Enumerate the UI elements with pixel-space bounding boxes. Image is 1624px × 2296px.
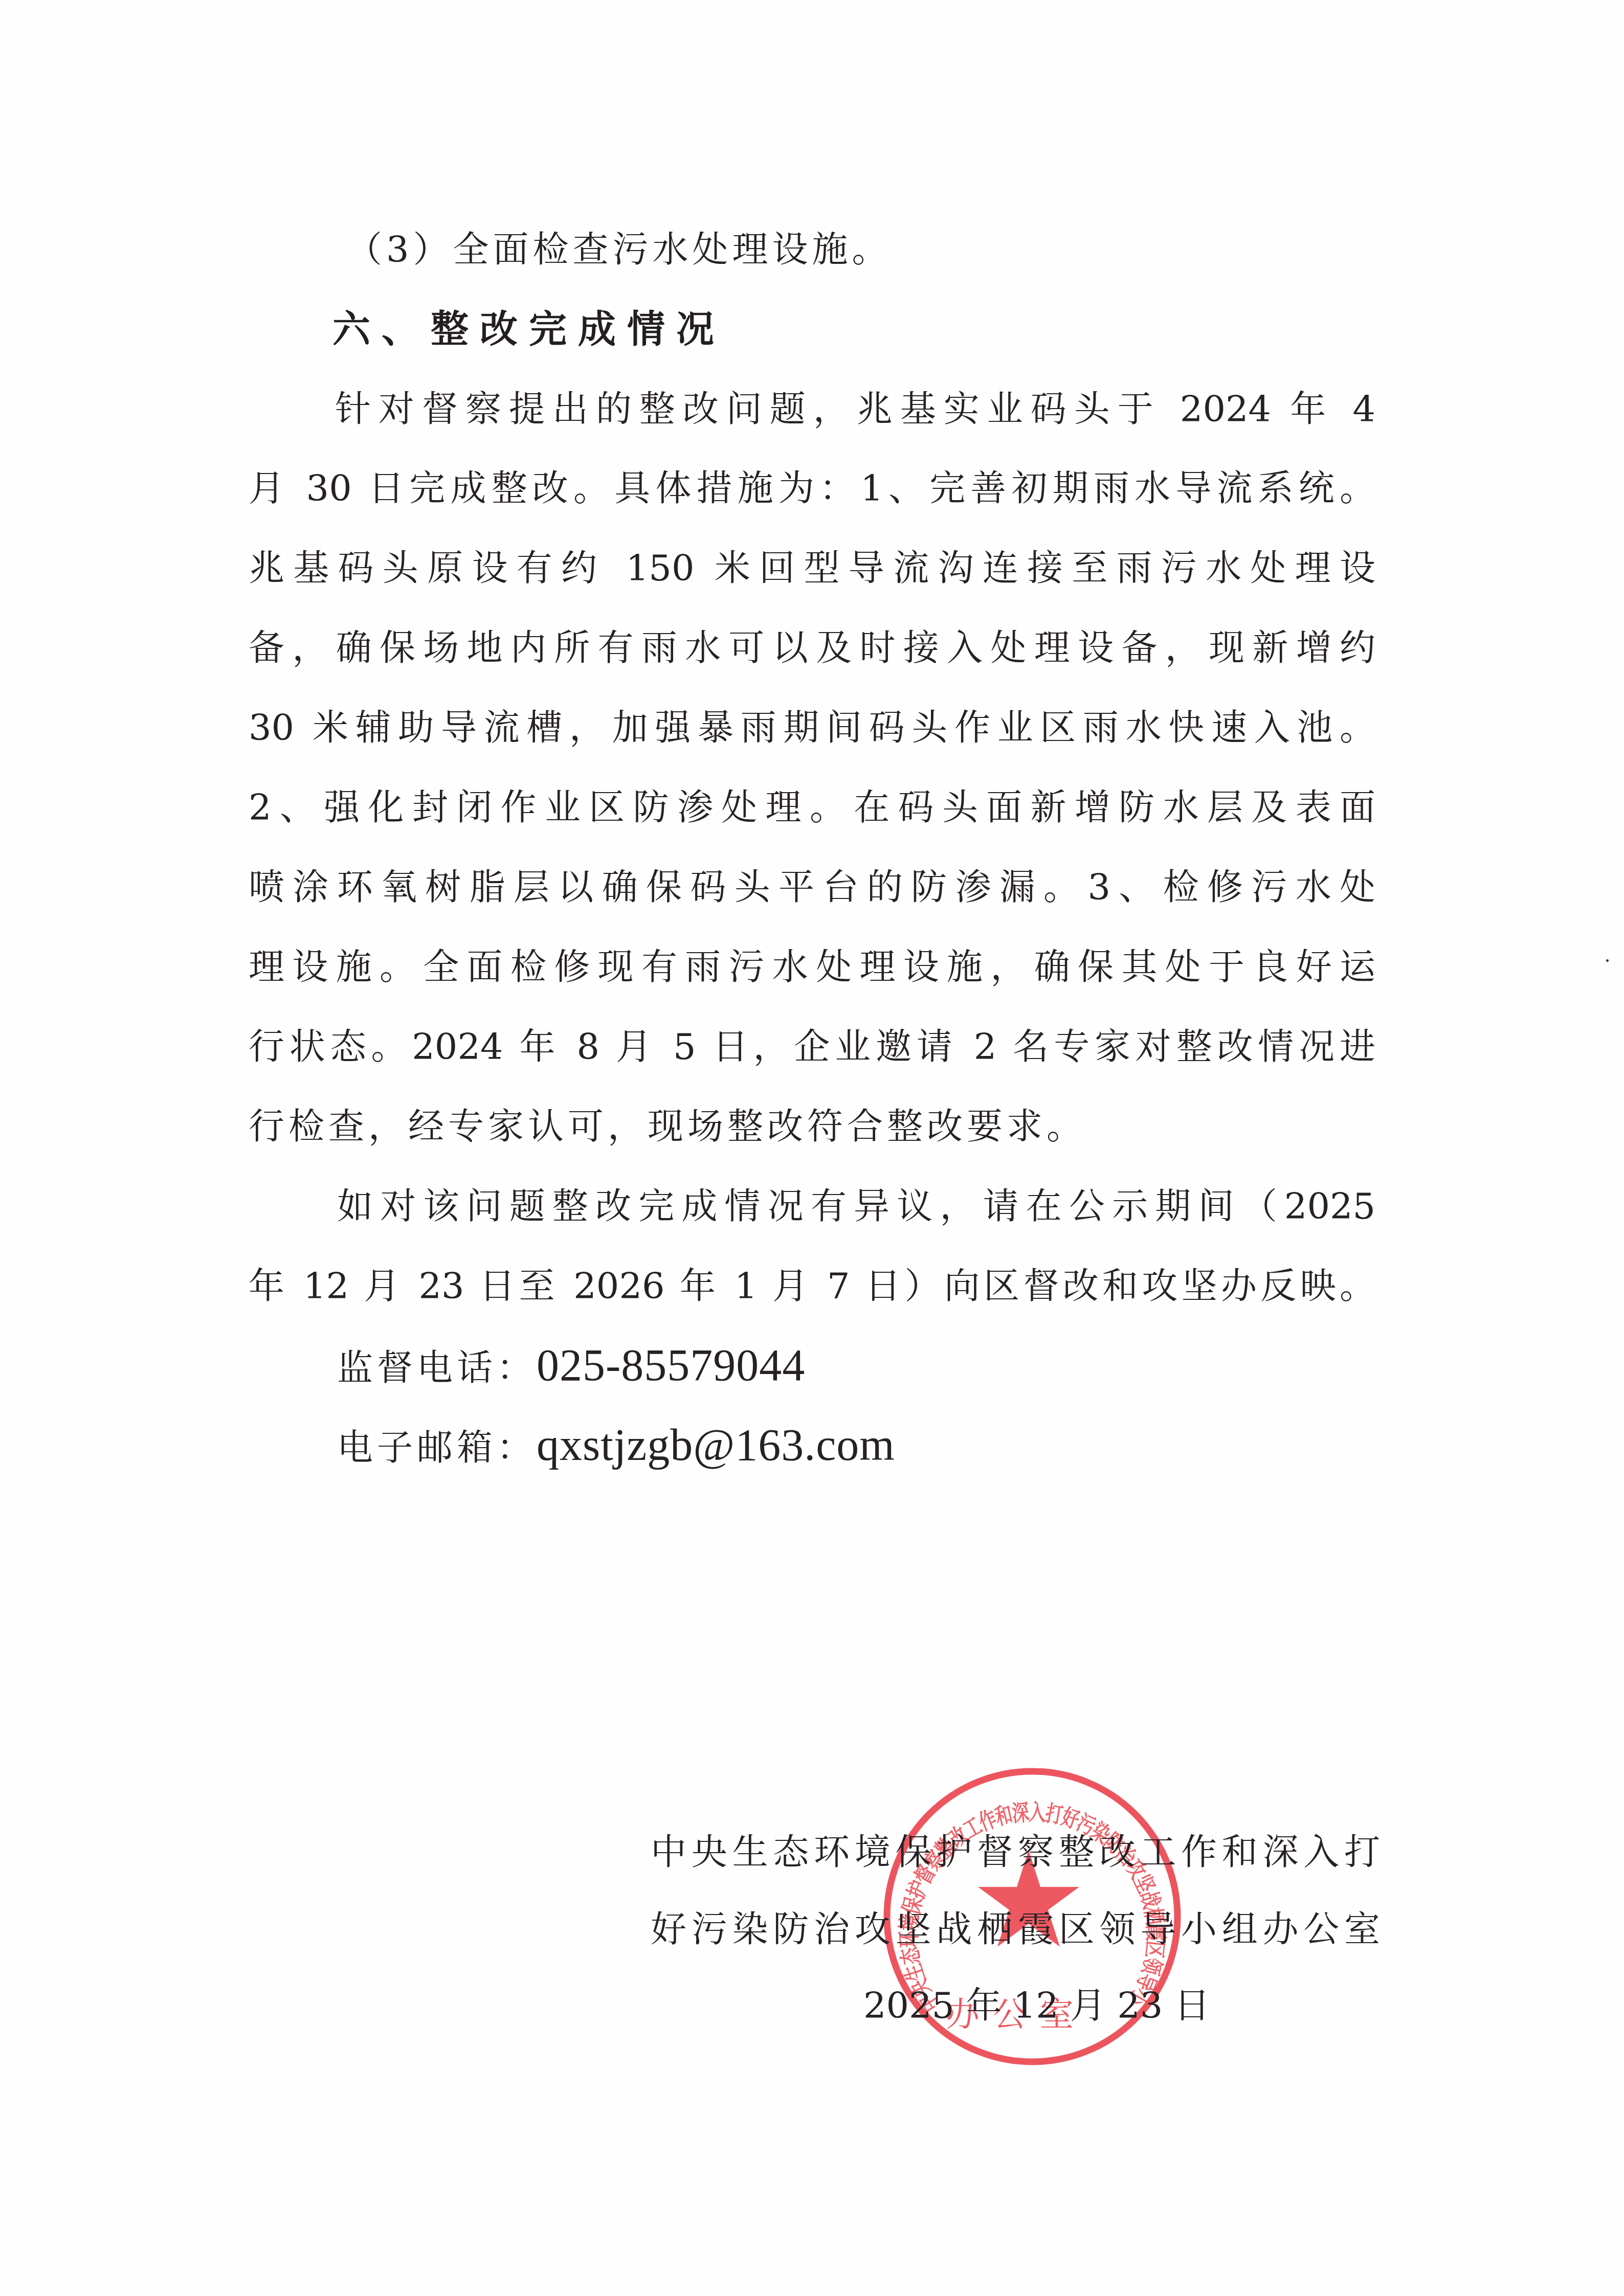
document-page: （3）全面检查污水处理设施。 六、整改完成情况 针对督察提出的整改问题，兆基实业… xyxy=(0,0,1624,2296)
email-address[interactable]: qxstjzgb@163.com xyxy=(537,1421,895,1470)
paragraph-line: 理设施。全面检修现有雨污水处理设施，确保其处于良好运 xyxy=(249,939,1375,995)
paragraph-line: 备，确保场地内所有雨水可以及时接入处理设备，现新增约 xyxy=(249,620,1375,676)
paragraph-line: 年 12 月 23 日至 2026 年 1 月 7 日）向区督改和攻坚办反映。 xyxy=(249,1258,1375,1314)
phone-label: 监督电话： xyxy=(337,1347,537,1389)
paragraph-line: 月 30 日完成整改。具体措施为：1、完善初期雨水导流系统。 xyxy=(249,460,1375,516)
paragraph-line: 兆基码头原设有约 150 米回型导流沟连接至雨污水处理设 xyxy=(249,540,1375,596)
paragraph-line: 行状态。2024 年 8 月 5 日，企业邀请 2 名专家对整改情况进 xyxy=(249,1019,1375,1075)
date-text: 2025 年 12 月 23 日 xyxy=(863,1985,1210,2027)
signature-line-1: 中央生态环境保护督察整改工作和深入打 xyxy=(651,1824,1380,1880)
paragraph-line: 如对该问题整改完成情况有异议，请在公示期间（2025 xyxy=(337,1178,1375,1234)
item-3-line: （3）全面检查污水处理设施。 xyxy=(346,221,892,278)
phone-number[interactable]: 025-85579044 xyxy=(537,1341,805,1390)
paragraph-line: 行检查，经专家认可，现场整改符合整改要求。 xyxy=(249,1098,1086,1155)
scan-speck xyxy=(1606,959,1609,962)
section-heading: 六、整改完成情况 xyxy=(332,301,725,357)
signature-line-2: 好污染防治攻坚战栖霞区领导小组办公室 xyxy=(651,1901,1380,1957)
signature-date: 2025 年 12 月 23 日 xyxy=(863,1977,1191,2034)
email-row: 电子邮箱：qxstjzgb@163.com xyxy=(337,1417,895,1474)
paragraph-line: 30 米辅助导流槽，加强暴雨期间码头作业区雨水快速入池。 xyxy=(249,700,1375,756)
paragraph-line: 针对督察提出的整改问题，兆基实业码头于 2024 年 4 xyxy=(335,381,1375,437)
paragraph-line: 2、强化封闭作业区防渗处理。在码头面新增防水层及表面 xyxy=(249,779,1375,836)
email-label: 电子邮箱： xyxy=(337,1427,537,1469)
phone-row: 监督电话：025-85579044 xyxy=(337,1338,805,1394)
paragraph-line: 喷涂环氧树脂层以确保码头平台的防渗漏。3、检修污水处 xyxy=(249,859,1375,915)
